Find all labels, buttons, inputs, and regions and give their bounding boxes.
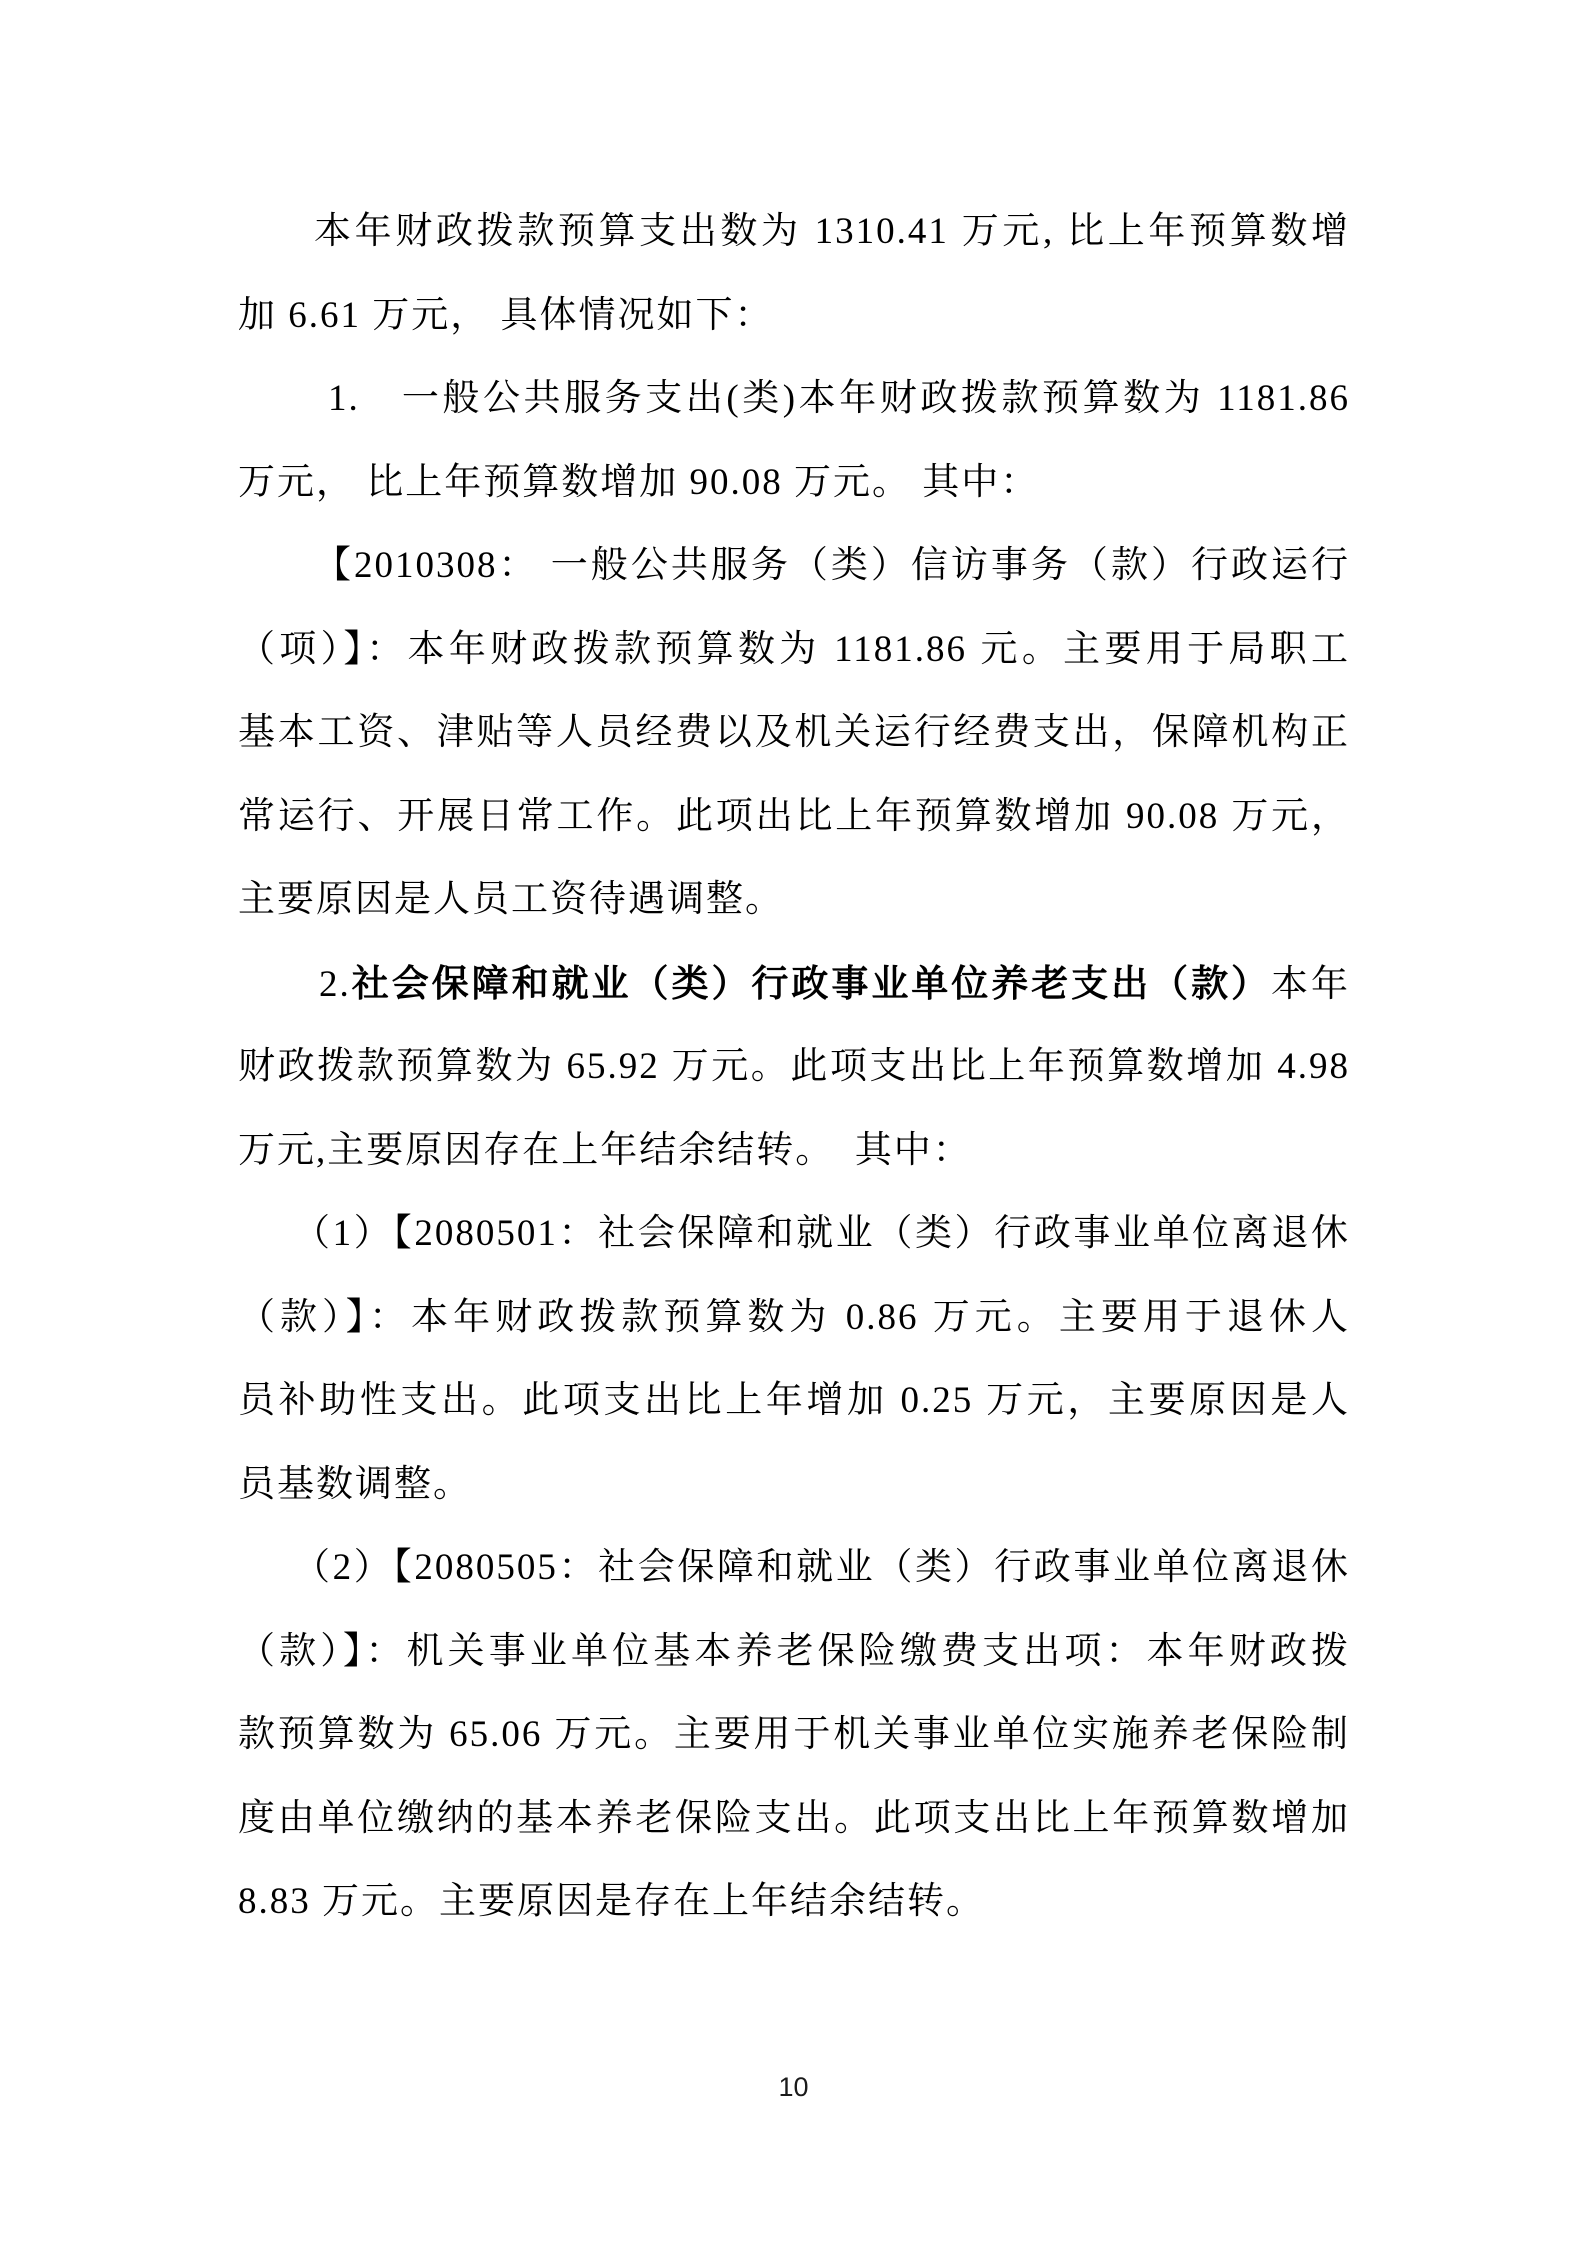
text-line: 2.社会保障和就业（类）行政事业单位养老支出（款）本年 [238, 942, 1350, 1026]
text-line: 财政拨款预算数为 65.92 万元。此项支出比上年预算数增加 4.98 [238, 1025, 1350, 1109]
text-line: 【2010308： 一般公共服务（类）信访事务（款）行政运行 [238, 524, 1350, 608]
text-line: 1. 一般公共服务支出(类)本年财政拨款预算数为 1181.86 [238, 357, 1350, 441]
text-line: 万元， 比上年预算数增加 90.08 万元。 其中： [238, 441, 1350, 525]
text-line: 基本工资、津贴等人员经费以及机关运行经费支出，保障机构正 [238, 691, 1350, 775]
text-line: 度由单位缴纳的基本养老保险支出。此项支出比上年预算数增加 [238, 1777, 1350, 1861]
text-line: 主要原因是人员工资待遇调整。 [238, 858, 1350, 942]
text-segment: 本年 [1271, 964, 1350, 1005]
text-line: 加 6.61 万元， 具体情况如下： [238, 274, 1350, 358]
text-line: 员基数调整。 [238, 1443, 1350, 1527]
document-page: 本年财政拨款预算支出数为 1310.41 万元, 比上年预算数增 加 6.61 … [238, 190, 1350, 1944]
text-line: （款）】：机关事业单位基本养老保险缴费支出项：本年财政拨 [238, 1610, 1350, 1694]
text-line: （款）】：本年财政拨款预算数为 0.86 万元。主要用于退休人 [238, 1276, 1350, 1360]
text-line: 员补助性支出。此项支出比上年增加 0.25 万元，主要原因是人 [238, 1359, 1350, 1443]
text-line: （1）【2080501：社会保障和就业（类）行政事业单位离退休 [238, 1192, 1350, 1276]
text-line: （2）【2080505：社会保障和就业（类）行政事业单位离退休 [238, 1526, 1350, 1610]
text-line: （项）】：本年财政拨款预算数为 1181.86 元。主要用于局职工 [238, 608, 1350, 692]
list-number: 2. [319, 964, 351, 1005]
page-number: 10 [0, 2072, 1587, 2103]
text-line: 8.83 万元。主要原因是存在上年结余结转。 [238, 1860, 1350, 1944]
text-line: 万元,主要原因存在上年结余结转。 其中： [238, 1109, 1350, 1193]
text-line: 常运行、开展日常工作。此项出比上年预算数增加 90.08 万元， [238, 775, 1350, 859]
text-line: 本年财政拨款预算支出数为 1310.41 万元, 比上年预算数增 [238, 190, 1350, 274]
text-line: 款预算数为 65.06 万元。主要用于机关事业单位实施养老保险制 [238, 1693, 1350, 1777]
bold-heading: 社会保障和就业（类）行政事业单位养老支出（款） [351, 963, 1271, 1004]
